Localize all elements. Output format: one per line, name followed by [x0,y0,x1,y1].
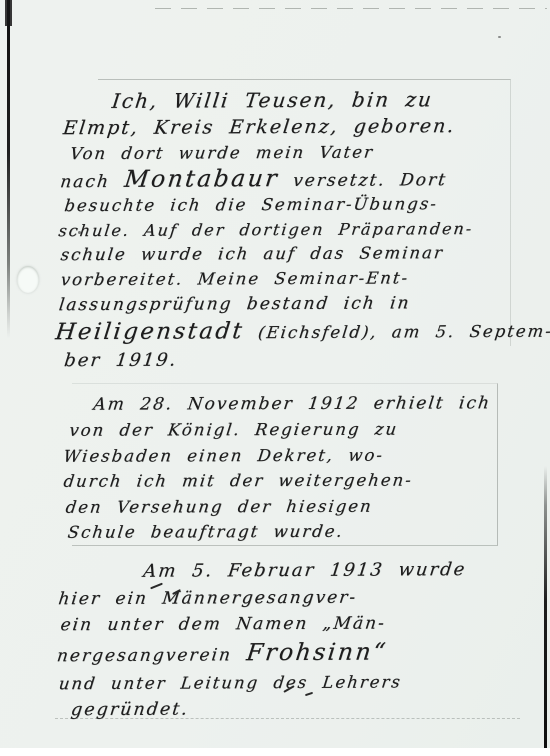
handwriting-text: den Versehung der hiesigen [65,496,374,516]
handwriting-line: Wiesbaden einen Dekret, wo- [62,442,505,469]
handwriting-text: gegründet. [70,700,190,721]
handwriting-line: Schule beauftragt wurde. [66,518,505,545]
handwriting-text: ein unter dem Namen „Män- [59,613,387,635]
handwriting-text: nach [59,171,125,191]
handwriting-line: ein unter dem Namen „Män- [59,610,522,639]
punch-hole [17,266,39,293]
handwriting-text: Schule beauftragt wurde. [67,522,345,542]
scan-artifact-top-line [155,8,547,9]
handwriting-line: lassungsprüfung bestand ich in [57,290,520,317]
handwriting-line: Heiligenstadt (Eichsfeld), am 5. Septem- [54,315,522,349]
handwriting-text: Von dort wurde mein Vater [69,143,375,164]
handwriting-text: von der Königl. Regierung zu [68,420,399,440]
ink-speck [498,36,501,38]
handwriting-line: Am 5. Februar 1913 wurde [142,557,522,585]
handwriting-line: nergesangverein Frohsinn“ [55,636,523,670]
handwriting-text: Am 5. Februar 1913 wurde [142,559,467,582]
handwriting-line: von der Königl. Regierung zu [68,417,505,444]
handwriting-line: ber 1919. [63,347,521,374]
handwriting-text: (Eichsfeld), am 5. Septem- [243,322,550,343]
handwriting-text: schule wurde ich auf das Seminar [60,244,445,265]
handwriting-line: besuchte ich die Seminar-Übungs- [63,192,520,219]
handwriting-text: lassungsprüfung bestand ich in [58,293,412,315]
handwriting-line: gegründet. [69,695,522,724]
handwriting-line: Elmpt, Kreis Erkelenz, geboren. [62,113,520,142]
handwriting-text: besuchte ich die Seminar-Übungs- [63,194,439,215]
handwriting-text: hier ein Männergesangver- [57,587,358,609]
handwriting-text: schule. Auf der dortigen Präparanden- [57,219,474,240]
handwriting-text: durch ich mit der weitergehen- [62,471,413,491]
handwriting-text: nergesangverein [56,645,248,666]
ink-speck [78,231,81,234]
handwriting-text: vorbereitet. Meine Seminar-Ent- [60,268,411,289]
paragraph-choir-founding-1913: Am 5. Februar 1913 wurde hier ein Männer… [57,557,520,724]
handwriting-line: vorbereitet. Meine Seminar-Ent- [59,266,520,293]
handwriting-line: und unter Leitung des Lehrers [57,668,522,697]
handwriting-line: schule. Auf der dortigen Präparanden- [57,217,520,244]
handwriting-text: und unter Leitung des Lehrers [58,672,403,693]
handwriting-line: hier ein Männergesangver- [57,583,522,612]
paragraph-decree-1912: Am 28. November 1912 erhielt ich von der… [62,391,503,545]
handwriting-line: den Versehung der hiesigen [64,493,505,520]
paper-sheet: Ich, Willi Teusen, bin zu Elmpt, Kreis E… [0,0,550,748]
scan-edge-left [7,0,10,338]
handwriting-text: Ich, Willi Teusen, bin zu [111,87,435,113]
scan-edge-right [544,466,547,748]
handwriting-text: Elmpt, Kreis Erkelenz, geboren. [62,115,457,139]
paragraph-birth-and-education: Ich, Willi Teusen, bin zu Elmpt, Kreis E… [56,85,517,374]
handwriting-text: versetzt. Dort [278,170,449,191]
handwriting-line: Am 28. November 1912 erhielt ich [92,391,505,418]
handwriting-text: Am 28. November 1912 erhielt ich [92,393,492,414]
handwriting-line: Von dort wurde mein Vater [69,140,520,167]
handwriting-text: Wiesbaden einen Dekret, wo- [62,445,385,465]
handwriting-line: nach Montabaur versetzt. Dort [59,164,520,194]
handwriting-line: schule wurde ich auf das Seminar [59,241,520,268]
choir-name-frohsinn: Frohsinn“ [245,637,389,666]
handwriting-line: durch ich mit der weitergehen- [62,467,505,494]
scanned-document-image: Ich, Willi Teusen, bin zu Elmpt, Kreis E… [0,0,550,756]
place-name-heiligenstadt: Heiligenstadt [54,318,246,345]
handwriting-line: Ich, Willi Teusen, bin zu [110,85,519,115]
place-name-montabaur: Montabaur [123,164,281,193]
handwriting-text: ber 1919. [63,350,178,372]
